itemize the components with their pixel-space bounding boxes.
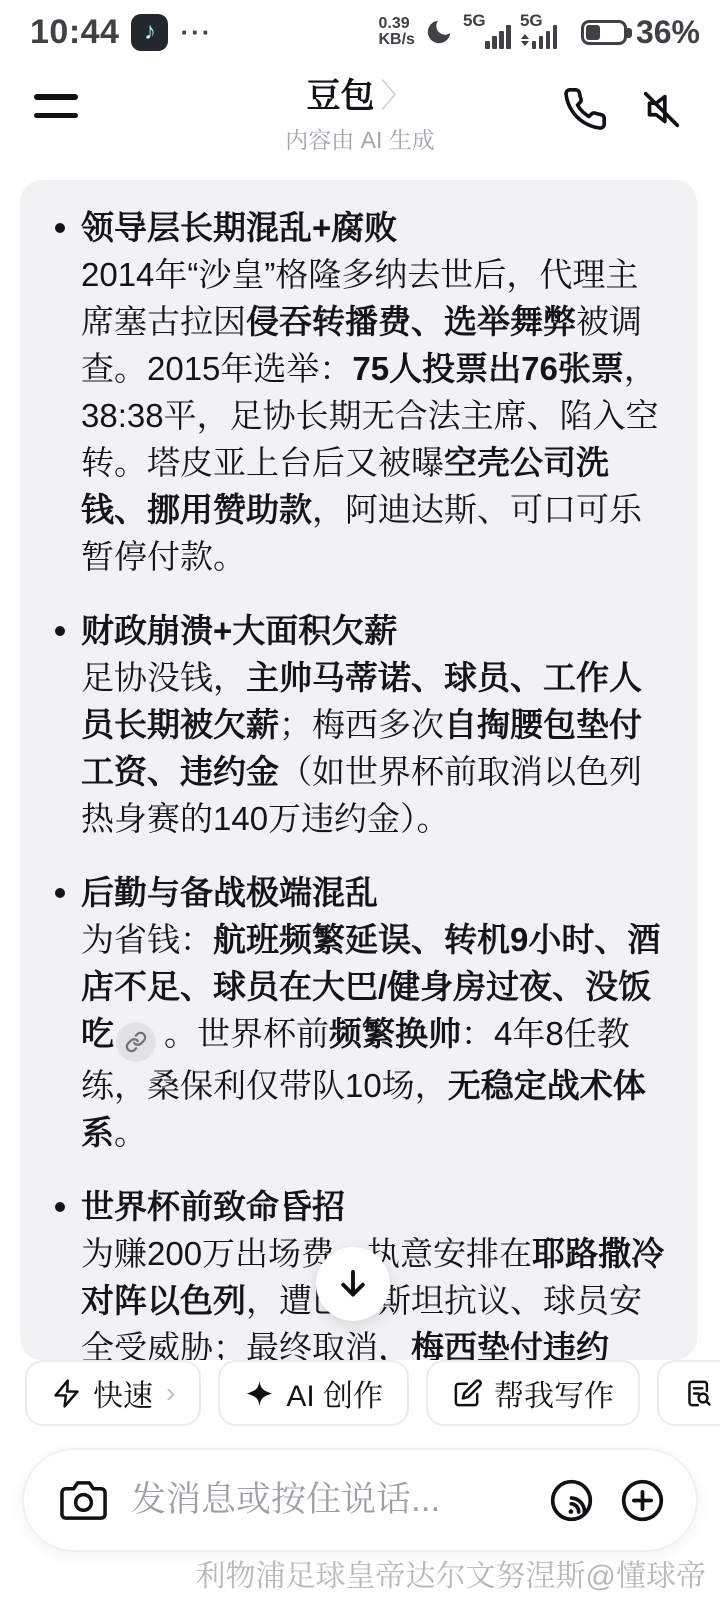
- battery-percent: 36%: [636, 14, 700, 51]
- photo-qa-icon: [683, 1378, 714, 1409]
- bullet-title: 后勤与备战极端混乱: [81, 869, 669, 916]
- signal-sim2-icon: 5G: [520, 12, 568, 52]
- sparkle-icon: [244, 1378, 275, 1409]
- conversation-title-block[interactable]: 豆包〉 内容由 AI 生成: [285, 68, 435, 155]
- bullet-dot-icon: [54, 607, 81, 842]
- status-bar: 10:44 ♪ ··· 0.39 KB/s 5G 5G 36%: [0, 0, 720, 54]
- notification-dots-icon: ···: [180, 17, 212, 48]
- text: 足协没钱，: [81, 659, 246, 696]
- text: 为赚200万出场费，执意安排在: [81, 1235, 532, 1272]
- bullet-dot-icon: [54, 1183, 81, 1360]
- list-item: 财政崩溃+大面积欠薪足协没钱，主帅马蒂诺、球员、工作人员长期被欠薪；梅西多次自掏…: [54, 607, 669, 842]
- voice-call-icon[interactable]: [562, 86, 608, 132]
- page-title: 豆包: [306, 77, 374, 115]
- bullet-title: 世界杯前致命昏招: [81, 1183, 669, 1230]
- bold-text: 频繁换帅: [329, 1015, 461, 1052]
- battery-icon: [581, 20, 627, 45]
- quick-action-chip-sparkle[interactable]: AI 创作: [218, 1360, 409, 1426]
- camera-icon[interactable]: [60, 1477, 107, 1524]
- quick-action-chip-photo-qa[interactable]: 拍题答疑: [657, 1360, 720, 1426]
- chip-label: 帮我写作: [494, 1371, 614, 1415]
- sound-muted-icon[interactable]: [638, 86, 684, 132]
- chip-label: AI 创作: [286, 1371, 383, 1415]
- bullet-list: 领导层长期混乱+腐败2014年“沙皇”格隆多纳去世后，代理主席塞古拉因侵吞转播费…: [54, 204, 669, 1360]
- bullet-body: 2014年“沙皇”格隆多纳去世后，代理主席塞古拉因侵吞转播费、选举舞弊被调查。2…: [81, 251, 669, 580]
- voice-mode-icon[interactable]: [548, 1477, 595, 1524]
- quick-action-toolbar: 快速› AI 创作 帮我写作 拍题答疑: [0, 1360, 720, 1430]
- network-speed-unit: KB/s: [379, 31, 415, 48]
- bullet-body: 为省钱：航班频繁延误、转机9小时、酒店不足、球员在大巴/健身房过夜、没饭吃 。世…: [81, 916, 669, 1156]
- network-speed-value: 0.39: [379, 15, 410, 32]
- bold-text: 侵吞转播费、选举舞弊: [246, 303, 576, 340]
- douyin-app-icon: ♪: [131, 14, 168, 51]
- scroll-to-bottom-button[interactable]: [316, 1247, 390, 1321]
- text: 。: [114, 1114, 147, 1151]
- chevron-right-icon: 〉: [380, 77, 413, 114]
- message-input[interactable]: [131, 1480, 524, 1520]
- clock: 10:44: [30, 13, 119, 52]
- chip-label: 快速: [93, 1371, 153, 1415]
- ai-disclaimer: 内容由 AI 生成: [285, 122, 435, 155]
- list-item: 后勤与备战极端混乱为省钱：航班频繁延误、转机9小时、酒店不足、球员在大巴/健身房…: [54, 869, 669, 1156]
- bullet-title: 领导层长期混乱+腐败: [81, 204, 669, 251]
- add-attachment-icon[interactable]: [619, 1477, 666, 1524]
- network-type-label: 5G: [463, 11, 486, 31]
- chevron-right-icon: ›: [166, 1377, 175, 1409]
- bullet-body: 足协没钱，主帅马蒂诺、球员、工作人员长期被欠薪；梅西多次自掏腰包垫付工资、违约金…: [81, 654, 669, 842]
- watermark-text: 利物浦足球皇帝达尔文努涅斯@懂球帝: [196, 1551, 706, 1595]
- text: 。世界杯前: [164, 1015, 329, 1052]
- do-not-disturb-moon-icon: [424, 17, 454, 47]
- network-speed: 0.39 KB/s: [379, 16, 415, 48]
- quick-action-chip-compose[interactable]: 帮我写作: [426, 1360, 640, 1426]
- arrow-down-icon: [335, 1266, 371, 1302]
- app-header: 豆包〉 内容由 AI 生成: [0, 54, 720, 166]
- bullet-dot-icon: [54, 869, 81, 1156]
- menu-icon[interactable]: [34, 94, 78, 118]
- signal-sim1-icon: 5G: [463, 12, 511, 52]
- bullet-dot-icon: [54, 204, 81, 580]
- list-item: 领导层长期混乱+腐败2014年“沙皇”格隆多纳去世后，代理主席塞古拉因侵吞转播费…: [54, 204, 669, 580]
- compose-icon: [452, 1378, 483, 1409]
- bullet-title: 财政崩溃+大面积欠薪: [81, 607, 669, 654]
- quick-action-chip-lightning[interactable]: 快速›: [25, 1360, 201, 1426]
- message-input-bar: [22, 1448, 698, 1552]
- text: ；梅西多次: [279, 706, 444, 743]
- ai-message-bubble: 领导层长期混乱+腐败2014年“沙皇”格隆多纳去世后，代理主席塞古拉因侵吞转播费…: [20, 180, 697, 1360]
- link-icon[interactable]: [116, 1022, 156, 1062]
- lightning-icon: [51, 1378, 82, 1409]
- text: 为省钱：: [81, 921, 213, 958]
- bold-text: 75人投票出76张票: [352, 350, 623, 387]
